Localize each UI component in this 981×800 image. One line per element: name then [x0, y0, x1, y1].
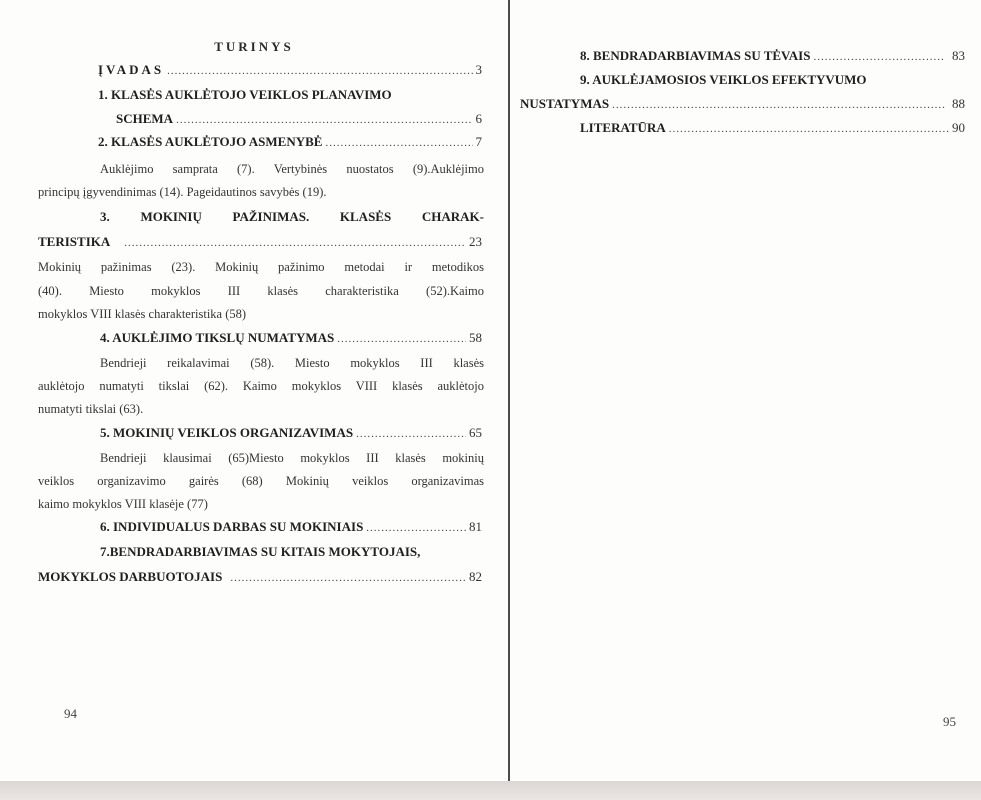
toc-subentries-3-line2: (40). Miesto mokyklos III klasės charakt…	[38, 283, 484, 299]
toc-entry-page: 23	[469, 234, 482, 250]
toc-entry-page: 90	[952, 120, 965, 136]
leader-dots	[325, 135, 472, 151]
page-edge-shadow	[0, 781, 981, 800]
toc-entry-8[interactable]: 8. BENDRADARBIAVIMAS SU TĖVAIS 83	[580, 48, 965, 65]
toc-entry-page: 6	[476, 111, 483, 127]
toc-subentries-3-line3: mokyklos VIII klasės charakteristika (58…	[38, 306, 246, 322]
book-spread: TURINYS ĮVADAS 3 1. KLASĖS AUKLĖTOJO VEI…	[0, 0, 981, 781]
toc-entry-5[interactable]: 5. MOKINIŲ VEIKLOS ORGANIZAVIMAS 65	[100, 425, 482, 442]
toc-entry-literature[interactable]: LITERATŪRA 90	[580, 120, 965, 137]
toc-entry-title: 2. KLASĖS AUKLĖTOJO ASMENYBĖ	[98, 134, 322, 150]
toc-entry-1-title-line1[interactable]: 1. KLASĖS AUKLĖTOJO VEIKLOS PLANAVIMO	[98, 87, 392, 103]
toc-subentries-5-line1: Bendrieji klausimai (65)Miesto mokyklos …	[100, 450, 484, 466]
toc-entry-page: 83	[952, 48, 965, 64]
page-number-left: 94	[64, 706, 77, 722]
toc-entry-page: 82	[469, 569, 482, 585]
toc-entry-3-title-line1[interactable]: 3. MOKINIŲ PAŽINIMAS. KLASĖS CHARAK-	[100, 209, 484, 225]
toc-subentries-4-line1: Bendrieji reikalavimai (58). Miesto moky…	[100, 355, 484, 371]
toc-entry-title: SCHEMA	[116, 111, 173, 127]
toc-entry-title: 6. INDIVIDUALUS DARBAS SU MOKINIAIS	[100, 519, 363, 535]
toc-subentries-5-line3: kaimo mokyklos VIII klasėje (77)	[38, 496, 208, 512]
toc-heading: TURINYS	[0, 39, 508, 55]
toc-subentries-4-line2: auklėtojo numatyti tikslai (62). Kaimo m…	[38, 378, 484, 394]
toc-subentries-5-line2: veiklos organizavimo gairės (68) Mokinių…	[38, 473, 484, 489]
toc-subentries-2-line1: Auklėjimo samprata (7). Vertybinės nuost…	[100, 161, 484, 177]
leader-dots	[124, 235, 466, 251]
toc-entry-1[interactable]: SCHEMA 6	[116, 111, 482, 128]
toc-entry-7-title-line1[interactable]: 7.BENDRADARBIAVIMAS SU KITAIS MOKYTOJAIS…	[100, 544, 420, 560]
leader-dots	[669, 121, 949, 137]
toc-subentries-2-line2: principų įgyvendinimas (14). Pageidautin…	[38, 184, 327, 200]
leader-dots	[813, 49, 945, 65]
toc-entry-title: LITERATŪRA	[580, 120, 666, 136]
toc-entry-title: NUSTATYMAS	[520, 96, 609, 112]
leader-dots	[612, 97, 945, 113]
toc-entry-page: 65	[469, 425, 482, 441]
toc-entry-page: 88	[952, 96, 965, 112]
toc-entry-9-title-line1[interactable]: 9. AUKLĖJAMOSIOS VEIKLOS EFEKTYVUMO	[580, 72, 867, 88]
left-page: TURINYS ĮVADAS 3 1. KLASĖS AUKLĖTOJO VEI…	[0, 0, 508, 781]
toc-entry-intro[interactable]: ĮVADAS 3	[98, 62, 482, 79]
toc-entry-2[interactable]: 2. KLASĖS AUKLĖTOJO ASMENYBĖ 7	[98, 134, 482, 151]
toc-entry-page: 81	[469, 519, 482, 535]
leader-dots	[230, 570, 466, 586]
toc-entry-title: TERISTIKA	[38, 234, 110, 250]
toc-entry-title: MOKYKLOS DARBUOTOJAIS	[38, 569, 222, 585]
toc-entry-title: 5. MOKINIŲ VEIKLOS ORGANIZAVIMAS	[100, 425, 353, 441]
toc-entry-title: 4. AUKLĖJIMO TIKSLŲ NUMATYMAS	[100, 330, 334, 346]
leader-dots	[366, 520, 466, 536]
leader-dots	[176, 112, 472, 128]
toc-entry-6[interactable]: 6. INDIVIDUALUS DARBAS SU MOKINIAIS 81	[100, 519, 482, 536]
toc-entry-3[interactable]: TERISTIKA 23	[38, 234, 482, 251]
leader-dots	[167, 63, 472, 79]
toc-entry-page: 3	[476, 62, 483, 78]
toc-subentries-4-line3: numatyti tikslai (63).	[38, 401, 143, 417]
toc-entry-4[interactable]: 4. AUKLĖJIMO TIKSLŲ NUMATYMAS 58	[100, 330, 482, 347]
right-page: 8. BENDRADARBIAVIMAS SU TĖVAIS 83 9. AUK…	[510, 0, 981, 781]
leader-dots	[337, 331, 466, 347]
toc-entry-title: ĮVADAS	[98, 62, 164, 78]
toc-entry-7[interactable]: MOKYKLOS DARBUOTOJAIS 82	[38, 569, 482, 586]
toc-subentries-3-line1: Mokinių pažinimas (23). Mokinių pažinimo…	[38, 259, 484, 275]
toc-entry-title: 8. BENDRADARBIAVIMAS SU TĖVAIS	[580, 48, 810, 64]
toc-entry-page: 58	[469, 330, 482, 346]
toc-entry-page: 7	[476, 134, 483, 150]
page-number-right: 95	[943, 714, 956, 730]
toc-entry-9[interactable]: NUSTATYMAS 88	[520, 96, 965, 113]
leader-dots	[356, 426, 466, 442]
